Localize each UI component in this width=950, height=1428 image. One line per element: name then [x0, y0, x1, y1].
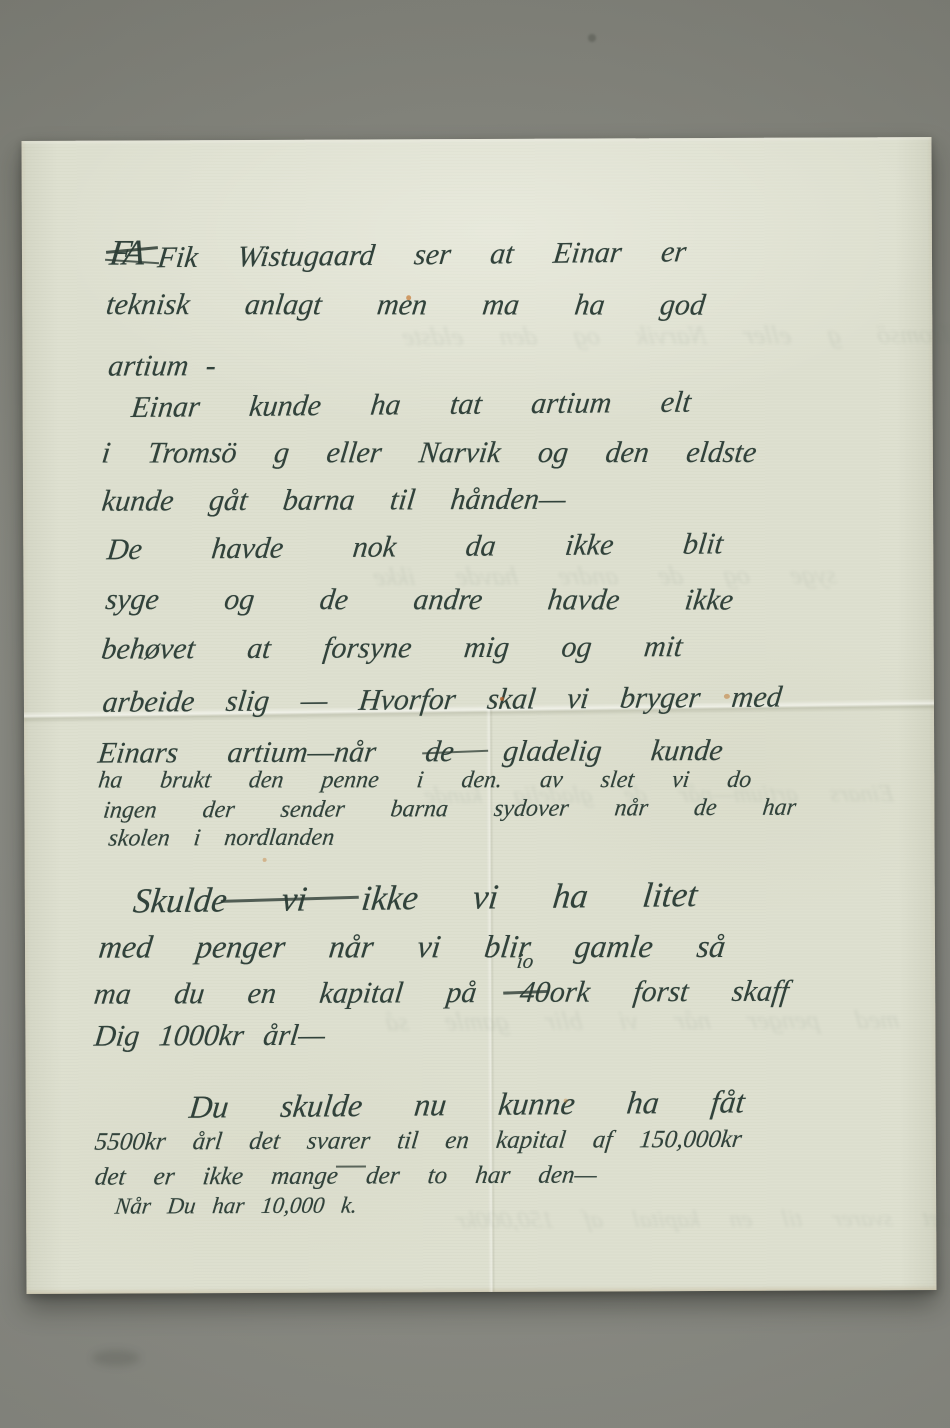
- handwritten-line: i Tromsö g eller Narvik og den eldste: [100, 438, 758, 469]
- handwritten-line: 5500kr årl det svarer til en kapital af …: [93, 1127, 743, 1155]
- handwritten-line: arbeide slig — Hvorfor skal vi bryger me…: [101, 682, 783, 717]
- handwritten-line: ha brukt den penne i den. av slet vi do: [97, 768, 753, 793]
- handwritten-line: skolen i nordlanden: [107, 826, 336, 851]
- handwritten-line: Einar kunde ha tat artium elt: [130, 388, 693, 423]
- photo-backdrop: i Tromsö g eller Narvik og den eldste sy…: [0, 0, 950, 1428]
- handwritten-line: Dig 1000kr årl—: [93, 1021, 327, 1052]
- handwritten-line: teknisk anlagt men ma ha god: [105, 290, 707, 321]
- foxing-spot: [406, 295, 411, 300]
- handwritten-line: kunde gåt barna til hånden—: [100, 485, 567, 517]
- handwritten-line: ingen der sender barna sydover når de ha…: [102, 796, 797, 823]
- handwritten-line: ma du en kapital på 40ork forst skaff: [92, 977, 790, 1010]
- handwritten-line: behøvet at forsyne mig og mit: [100, 632, 684, 665]
- foxing-spot: [724, 694, 730, 699]
- handwritten-line: Fik Wistugaard ser at Einar er: [156, 237, 688, 273]
- handwritten-line: Einars artium—når de gladelig kunde: [96, 736, 724, 769]
- strikethrough-mark: [336, 1165, 366, 1167]
- ghost-writing-line: 5500kr årl det svarer til en kapital af …: [455, 1206, 950, 1233]
- handwritten-line: De havde nok da ikke blit: [105, 529, 724, 565]
- handwritten-line: artium -: [107, 351, 218, 381]
- background-smudge: [92, 1350, 140, 1366]
- ghost-writing-line: i Tromsö g eller Narvik og den eldste: [401, 322, 950, 351]
- foxing-spot: [500, 697, 504, 701]
- handwritten-line: Skulde vi ikke vi ha litet: [132, 877, 700, 918]
- foxing-spot: [263, 858, 267, 862]
- handwritten-line: Når Du har 10,000 k.: [114, 1194, 359, 1218]
- letter-paper: i Tromsö g eller Narvik og den eldste sy…: [21, 137, 936, 1294]
- handwritten-line: Du skulde nu kunne ha fåt: [188, 1085, 747, 1122]
- handwritten-line: syge og de andre havde ikke: [104, 585, 735, 616]
- handwritten-line: med penger når vi blir gamle så: [97, 930, 727, 963]
- foxing-spot: [564, 1099, 568, 1103]
- background-speck: [588, 34, 596, 42]
- inline-annotation-io: io: [516, 951, 535, 972]
- ghost-writing-line: med penger når vi blir gamle så: [384, 1007, 901, 1035]
